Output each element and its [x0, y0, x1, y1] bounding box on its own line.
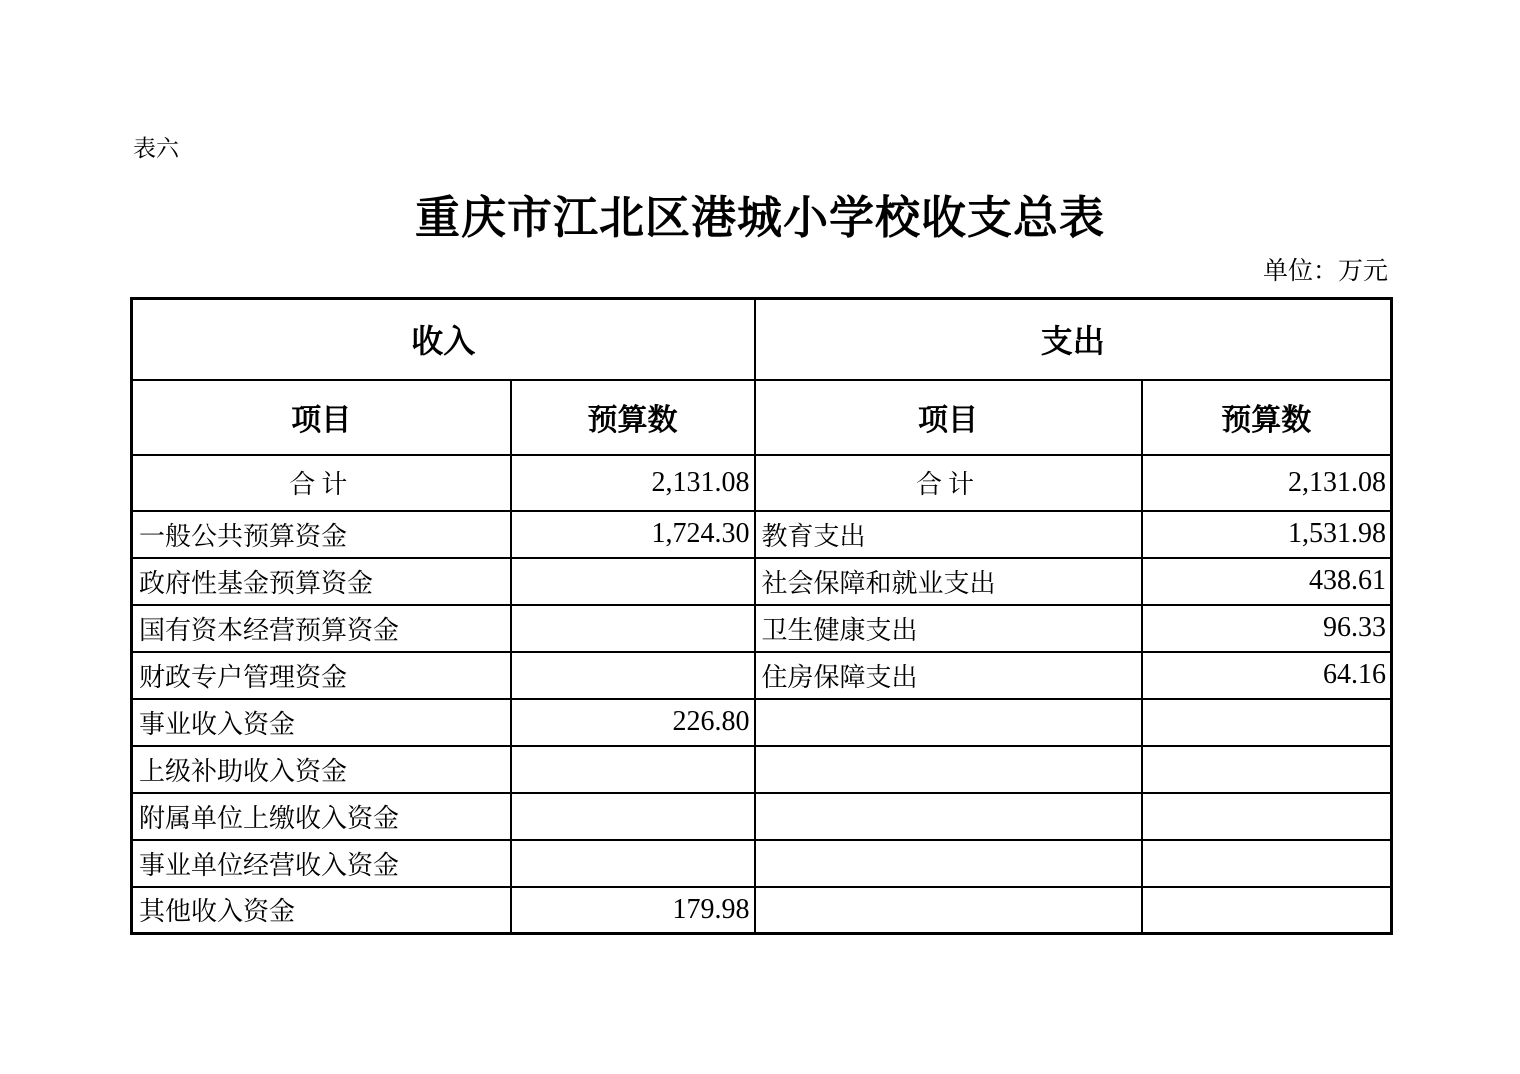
expense-budget-cell: 438.61 — [1142, 558, 1392, 605]
table-row: 事业单位经营收入资金 — [132, 840, 1392, 887]
expense-budget-cell — [1142, 840, 1392, 887]
income-item-cell: 合计 — [132, 455, 511, 511]
income-item-cell: 政府性基金预算资金 — [132, 558, 511, 605]
income-item-cell: 一般公共预算资金 — [132, 511, 511, 558]
section-header-row: 收入 支出 — [132, 299, 1392, 380]
table-row: 上级补助收入资金 — [132, 746, 1392, 793]
income-budget-cell: 179.98 — [511, 887, 755, 934]
column-header-row: 项目 预算数 项目 预算数 — [132, 380, 1392, 455]
income-budget-cell — [511, 793, 755, 840]
expense-item-cell: 合计 — [755, 455, 1142, 511]
expense-budget-cell — [1142, 793, 1392, 840]
income-budget-cell — [511, 746, 755, 793]
income-item-cell: 事业收入资金 — [132, 699, 511, 746]
page-title: 重庆市江北区港城小学校收支总表 — [130, 181, 1390, 246]
income-budget-column-header: 预算数 — [511, 380, 755, 455]
expense-budget-cell — [1142, 887, 1392, 934]
expense-budget-cell: 1,531.98 — [1142, 511, 1392, 558]
table-row: 事业收入资金 226.80 — [132, 699, 1392, 746]
expense-item-cell — [755, 840, 1142, 887]
expense-budget-cell — [1142, 746, 1392, 793]
table-row-total: 合计 2,131.08 合计 2,131.08 — [132, 455, 1392, 511]
expense-item-cell — [755, 793, 1142, 840]
expense-budget-cell — [1142, 699, 1392, 746]
table-row: 政府性基金预算资金 社会保障和就业支出 438.61 — [132, 558, 1392, 605]
income-item-cell: 财政专户管理资金 — [132, 652, 511, 699]
income-budget-cell — [511, 652, 755, 699]
expense-item-cell: 住房保障支出 — [755, 652, 1142, 699]
expense-item-cell: 社会保障和就业支出 — [755, 558, 1142, 605]
income-item-cell: 附属单位上缴收入资金 — [132, 793, 511, 840]
income-budget-cell: 226.80 — [511, 699, 755, 746]
expense-item-cell: 卫生健康支出 — [755, 605, 1142, 652]
income-section-header: 收入 — [132, 299, 755, 380]
expense-item-cell: 教育支出 — [755, 511, 1142, 558]
income-budget-cell — [511, 558, 755, 605]
income-item-column-header: 项目 — [132, 380, 511, 455]
expense-budget-cell: 96.33 — [1142, 605, 1392, 652]
income-budget-cell — [511, 840, 755, 887]
expense-item-cell — [755, 699, 1142, 746]
expense-budget-column-header: 预算数 — [1142, 380, 1392, 455]
expense-item-cell — [755, 746, 1142, 793]
expense-section-header: 支出 — [755, 299, 1392, 380]
unit-label: 单位：万元 — [130, 251, 1388, 287]
expense-item-column-header: 项目 — [755, 380, 1142, 455]
income-budget-cell — [511, 605, 755, 652]
document-page: 表六 重庆市江北区港城小学校收支总表 单位：万元 收入 支出 项目 预算数 项目… — [0, 0, 1520, 1074]
income-item-cell: 上级补助收入资金 — [132, 746, 511, 793]
income-item-cell: 其他收入资金 — [132, 887, 511, 934]
table-row: 附属单位上缴收入资金 — [132, 793, 1392, 840]
table-row: 一般公共预算资金 1,724.30 教育支出 1,531.98 — [132, 511, 1392, 558]
table-row: 其他收入资金 179.98 — [132, 887, 1392, 934]
income-budget-cell: 1,724.30 — [511, 511, 755, 558]
income-item-cell: 事业单位经营收入资金 — [132, 840, 511, 887]
budget-table: 收入 支出 项目 预算数 项目 预算数 合计 2,131.08 合计 2,131… — [130, 297, 1393, 935]
expense-budget-cell: 64.16 — [1142, 652, 1392, 699]
expense-item-cell — [755, 887, 1142, 934]
income-budget-cell: 2,131.08 — [511, 455, 755, 511]
table-row: 国有资本经营预算资金 卫生健康支出 96.33 — [132, 605, 1392, 652]
income-item-cell: 国有资本经营预算资金 — [132, 605, 511, 652]
table-row: 财政专户管理资金 住房保障支出 64.16 — [132, 652, 1392, 699]
table-number-label: 表六 — [133, 130, 179, 163]
expense-budget-cell: 2,131.08 — [1142, 455, 1392, 511]
